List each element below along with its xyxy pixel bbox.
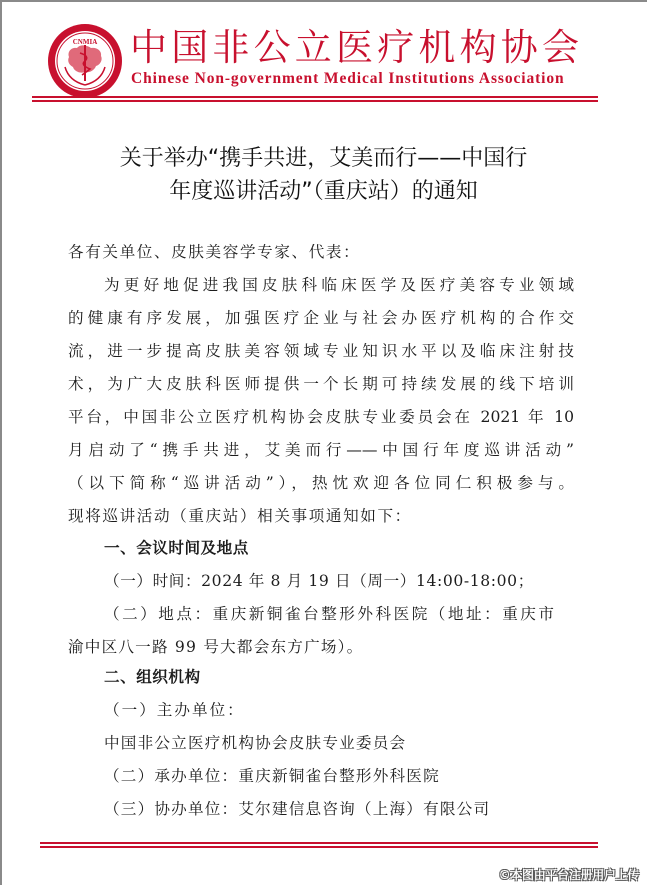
intro-paragraph-line: 现将巡讲活动（重庆站）相关事项通知如下：	[68, 505, 574, 527]
intro-paragraph-line: 术，为广大皮肤科医师提供一个长期可持续发展的线下培训	[68, 373, 574, 395]
org-name-cn: 中国非公立医疗机构协会	[130, 24, 583, 72]
image-border-left	[0, 0, 2, 885]
org-name-en: Chinese Non-government Medical Instituti…	[131, 70, 565, 88]
intro-paragraph-line: 平台，中国非公立医疗机构协会皮肤专业委员会在 2021 年 10	[68, 406, 574, 428]
svg-text:CNMIA: CNMIA	[73, 38, 98, 46]
document-title-line-2: 年度巡讲活动”（重庆站）的通知	[0, 173, 647, 211]
meeting-address: 渝中区八一路 99 号大都会东方广场）。	[68, 636, 574, 658]
intro-paragraph-line: 的健康有序发展，加强医疗企业与社会办医疗机构的合作交	[68, 307, 574, 329]
meeting-time: （一）时间：2024 年 8 月 19 日（周一）14:00-18:00；	[104, 570, 610, 592]
upload-watermark: ©本图由平台注册用户上传	[499, 868, 639, 882]
intro-paragraph-line: 为更好地促进我国皮肤科临床医学及医疗美容专业领域	[104, 274, 574, 296]
intro-paragraph-line: 月启动了“携手共进，艾美而行——中国行年度巡讲活动”	[68, 439, 574, 461]
organizer-label: （一）主办单位：	[104, 699, 610, 721]
co-organizer: （二）承办单位：重庆新铜雀台整形外科医院	[104, 765, 610, 787]
intro-paragraph-line: （以下简称“巡讲活动”），热忱欢迎各位同仁积极参与。	[68, 472, 574, 494]
section-heading-organization: 二、组织机构	[104, 666, 610, 688]
footer-rule-thin	[40, 842, 598, 844]
meeting-location: （二）地点：重庆新铜雀台整形外科医院（地址：重庆市	[104, 603, 554, 625]
supporting-organizer: （三）协办单位：艾尔建信息咨询（上海）有限公司	[104, 798, 610, 820]
footer-rule-thick	[40, 846, 598, 848]
header-rule-thin	[32, 96, 598, 98]
section-heading-time-location: 一、会议时间及地点	[104, 537, 610, 559]
organizer-name: 中国非公立医疗机构协会皮肤专业委员会	[104, 732, 610, 754]
image-border-top	[0, 0, 647, 2]
salutation: 各有关单位、皮肤美容学专家、代表：	[68, 241, 574, 263]
header-rule-thick	[32, 100, 598, 102]
cnmia-logo-icon: CNMIA	[47, 23, 123, 99]
intro-paragraph-line: 流，进一步提高皮肤美容领域专业知识水平以及临床注射技	[68, 340, 574, 362]
